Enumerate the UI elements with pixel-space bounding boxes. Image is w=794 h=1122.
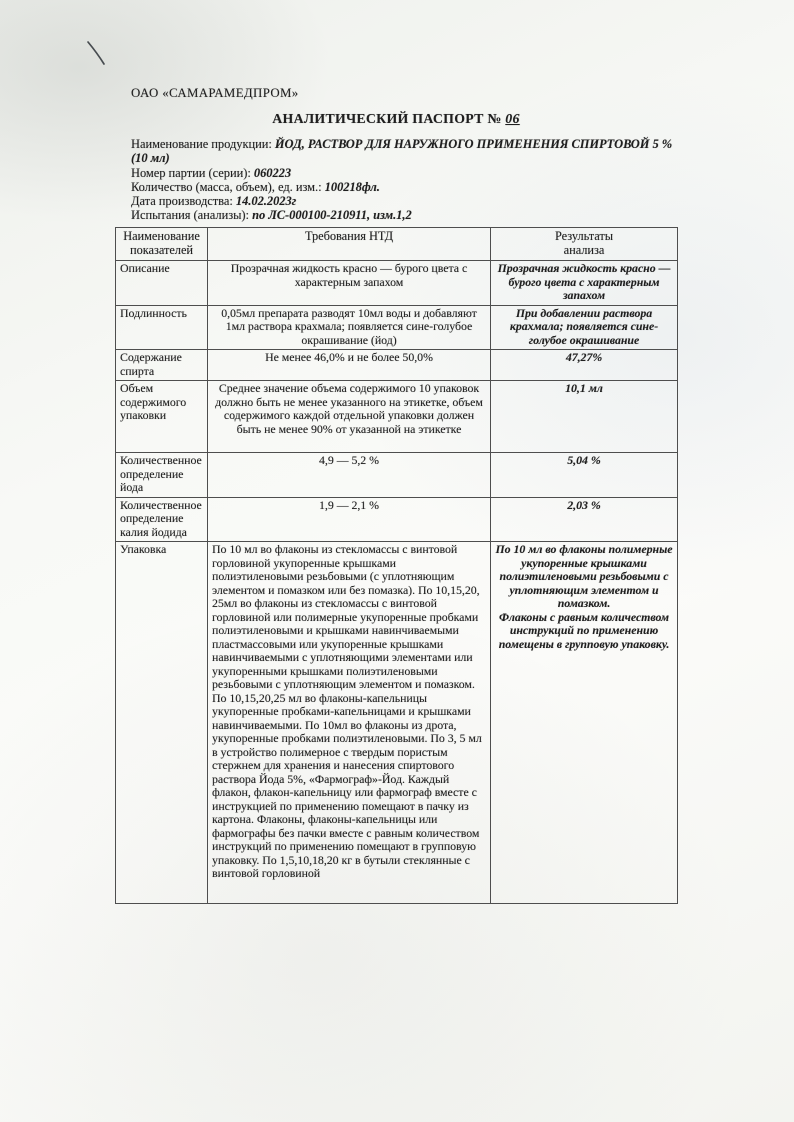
info-field-row: Испытания (анализы): по ЛС-000100-210911… (131, 208, 697, 222)
row-result: 5,04 % (491, 453, 678, 498)
row-indicator-name: Количественное определение йода (116, 453, 208, 498)
row-indicator-name: Содержание спирта (116, 350, 208, 381)
field-label: Дата производства: (131, 194, 233, 208)
col-header-analysis-results: Результаты анализа (491, 228, 678, 261)
row-requirement: Не менее 46,0% и не более 50,0% (208, 350, 491, 381)
field-value: 060223 (254, 166, 291, 180)
row-indicator-name: Подлинность (116, 305, 208, 350)
row-requirement: Среднее значение объема содержимого 10 у… (208, 381, 491, 453)
row-result: 2,03 % (491, 497, 678, 542)
field-label: Количество (масса, объем), ед. изм.: (131, 180, 322, 194)
row-result: При добавлении раствора крахмала; появля… (491, 305, 678, 350)
table-row: Количественное определение калия йодида … (116, 497, 678, 542)
field-value: 100218фл. (325, 180, 380, 194)
table-header-row: Наименование показателей Требования НТД … (116, 228, 678, 261)
pen-stroke-mark (82, 38, 116, 72)
row-requirement: 1,9 — 2,1 % (208, 497, 491, 542)
info-fields: Наименование продукции: ЙОД, РАСТВОР ДЛЯ… (131, 137, 697, 223)
row-result: 47,27% (491, 350, 678, 381)
scanned-document-page: ОАО «САМАРАМЕДПРОМ» АНАЛИТИЧЕСКИЙ ПАСПОР… (0, 0, 794, 1122)
row-requirement: Прозрачная жидкость красно — бурого цвет… (208, 261, 491, 306)
row-result: 10,1 мл (491, 381, 678, 453)
table-row: Количественное определение йода 4,9 — 5,… (116, 453, 678, 498)
row-indicator-name: Упаковка (116, 542, 208, 904)
field-label: Испытания (анализы): (131, 208, 249, 222)
row-indicator-name: Объем содержимого упаковки (116, 381, 208, 453)
passport-number: 06 (505, 111, 519, 126)
row-indicator-name: Описание (116, 261, 208, 306)
field-label: Номер партии (серии): (131, 166, 251, 180)
info-field-row: Количество (масса, объем), ед. изм.: 100… (131, 180, 697, 194)
title-text: АНАЛИТИЧЕСКИЙ ПАСПОРТ № (272, 111, 501, 126)
page-title: АНАЛИТИЧЕСКИЙ ПАСПОРТ № 06 (115, 111, 677, 127)
analysis-table: Наименование показателей Требования НТД … (115, 227, 678, 904)
row-indicator-name: Количественное определение калия йодида (116, 497, 208, 542)
row-result: Прозрачная жидкость красно — бурого цвет… (491, 261, 678, 306)
col-header-ntd-requirements: Требования НТД (208, 228, 491, 261)
table-row: Объем содержимого упаковки Среднее значе… (116, 381, 678, 453)
field-label: Наименование продукции: (131, 137, 272, 151)
company-name: ОАО «САМАРАМЕДПРОМ» (131, 86, 299, 101)
table-row: Подлинность 0,05мл препарата разводят 10… (116, 305, 678, 350)
table-row: Описание Прозрачная жидкость красно — бу… (116, 261, 678, 306)
field-value: 14.02.2023г (236, 194, 296, 208)
info-field-row: Наименование продукции: ЙОД, РАСТВОР ДЛЯ… (131, 137, 697, 166)
row-result: По 10 мл во флаконы полимерные укупоренн… (491, 542, 678, 904)
col-header-indicator-name: Наименование показателей (116, 228, 208, 261)
row-requirement: 4,9 — 5,2 % (208, 453, 491, 498)
info-field-row: Дата производства: 14.02.2023г (131, 194, 697, 208)
info-field-row: Номер партии (серии): 060223 (131, 166, 697, 180)
row-requirement: 0,05мл препарата разводят 10мл воды и до… (208, 305, 491, 350)
table-row: Содержание спирта Не менее 46,0% и не бо… (116, 350, 678, 381)
table-body: Описание Прозрачная жидкость красно — бу… (116, 261, 678, 904)
field-value: по ЛС-000100-210911, изм.1,2 (252, 208, 412, 222)
row-requirement: По 10 мл во флаконы из стекломассы с вин… (208, 542, 491, 904)
table-row: Упаковка По 10 мл во флаконы из стеклома… (116, 542, 678, 904)
